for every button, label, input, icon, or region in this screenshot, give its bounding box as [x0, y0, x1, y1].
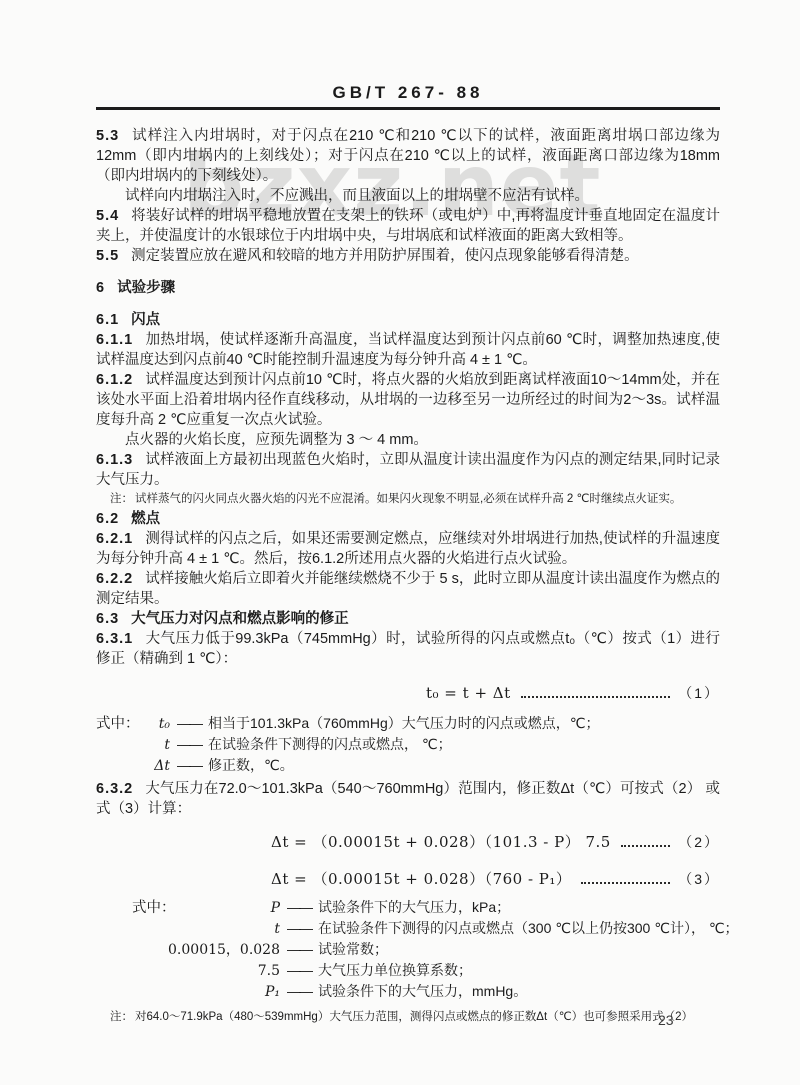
- clause-5-5: 5.5测定装置应放在避风和较暗的地方并用防护屏围着，使闪点现象能够看得清楚。: [96, 246, 720, 266]
- clause-text: 将装好试样的坩埚平稳地放置在支架上的铁环（或电炉）中,再将温度计垂直地固定在温度…: [96, 208, 720, 244]
- definition-dash: ——: [287, 981, 311, 1001]
- definition-row: 0.00015，0.028 —— 试验常数；: [96, 939, 720, 960]
- where-label: 式中：: [96, 714, 144, 734]
- formula-1: t₀ = t + Δt （1）: [426, 683, 720, 703]
- clause-text: 测定装置应放在避风和较暗的地方并用防护屏围着，使闪点现象能够看得清楚。: [131, 248, 639, 264]
- clause-number: 6.1.2: [96, 372, 133, 388]
- definition-term: t: [144, 735, 170, 755]
- dot-leader: [621, 845, 670, 847]
- note-text: 试样蒸气的闪火同点火器火焰的闪光不应混淆。如果闪火现象不明显,必须在试样升高 2…: [135, 493, 681, 505]
- clause-number: 5.5: [96, 248, 119, 264]
- clause-number: 6.3.2: [96, 781, 133, 797]
- clause-5-3: 5.3试样注入内坩埚时，对于闪点在210 ℃和210 ℃以下的试样，液面距离坩埚…: [96, 126, 720, 186]
- clause-5-4: 5.4将装好试样的坩埚平稳地放置在支架上的铁环（或电炉）中,再将温度计垂直地固定…: [96, 206, 720, 246]
- dot-leader: [581, 882, 670, 884]
- definition-term: 7.5: [158, 961, 280, 981]
- clause-6-2-1: 6.2.1测得试样的闪点之后，如果还需要测定燃点，应继续对外坩埚进行加热,使试样…: [96, 529, 720, 569]
- heading-text: 大气压力对闪点和燃点影响的修正: [131, 611, 349, 627]
- clause-text: 试样温度达到预计闪点前10 ℃时，将点火器的火焰放到距离试样液面10～14mm处…: [96, 372, 720, 428]
- definition-dash: ——: [177, 734, 201, 754]
- heading-text: 试验步骤: [117, 280, 175, 296]
- formula-number: （3）: [678, 869, 720, 889]
- clause-number: 5.3: [96, 128, 119, 144]
- definition-dash: ——: [287, 939, 311, 959]
- header-rule: [96, 107, 720, 110]
- paragraph-text: 点火器的火焰长度，应预先调整为 3 ～ 4 mm。: [125, 432, 428, 448]
- definition-desc: 大气压力单位换算系数；: [318, 960, 472, 980]
- clause-6-1-3: 6.1.3试样液面上方最初出现蓝色火焰时，立即从温度计读出温度作为闪点的测定结果…: [96, 450, 720, 490]
- clause-text: 测得试样的闪点之后，如果还需要测定燃点，应继续对外坩埚进行加热,使试样的升温速度…: [96, 531, 720, 567]
- formula-number: （2）: [678, 832, 720, 852]
- definition-term: P: [158, 898, 280, 918]
- document-page: bzxz.net GB/T 267- 88 5.3试样注入内坩埚时，对于闪点在2…: [0, 0, 800, 1085]
- definition-row: 式中： t₀ —— 相当于101.3kPa（760mmHg）大气压力时的闪点或燃…: [96, 713, 720, 734]
- where-block-2: 式中： P —— 试验条件下的大气压力，kPa； t —— 在试验条件下测得的闪…: [96, 897, 720, 1002]
- clause-6-1-2: 6.1.2试样温度达到预计闪点前10 ℃时，将点火器的火焰放到距离试样液面10～…: [96, 370, 720, 430]
- clause-6-2-2: 6.2.2试样接触火焰后立即着火并能继续燃烧不少于 5 s，此时立即从温度计读出…: [96, 569, 720, 609]
- clause-number: 5.4: [96, 208, 119, 224]
- clause-number: 6.2.1: [96, 531, 133, 547]
- heading-number: 6: [96, 280, 105, 296]
- paragraph-pouring: 试样向内坩埚注入时，不应溅出，而且液面以上的坩埚壁不应沾有试样。: [96, 186, 720, 206]
- heading-6-test-procedure: 6试验步骤: [96, 278, 720, 298]
- note-pressure-range: 注：对64.0～71.9kPa（480～539mmHg）大气压力范围，测得闪点或…: [96, 1008, 720, 1027]
- heading-text: 闪点: [131, 312, 160, 328]
- heading-number: 6.3: [96, 611, 119, 627]
- clause-text: 试样接触火焰后立即着火并能继续燃烧不少于 5 s，此时立即从温度计读出温度作为燃…: [96, 571, 720, 607]
- note-flash-confirmation: 注：试样蒸气的闪火同点火器火焰的闪光不应混淆。如果闪火现象不明显,必须在试样升高…: [96, 490, 720, 509]
- definition-term: P₁: [158, 982, 280, 1002]
- page-number: 23: [658, 1012, 674, 1028]
- definition-row: P₁ —— 试验条件下的大气压力，mmHg。: [96, 981, 720, 1002]
- definition-dash: ——: [287, 960, 311, 980]
- clause-text: 大气压力在72.0～101.3kPa（540～760mmHg）范围内，修正数Δt…: [96, 781, 720, 817]
- definition-desc: 相当于101.3kPa（760mmHg）大气压力时的闪点或燃点，℃；: [208, 713, 599, 733]
- clause-number: 6.1.1: [96, 332, 133, 348]
- definition-dash: ——: [177, 713, 201, 733]
- definition-term: t: [158, 919, 280, 939]
- standard-number-header: GB/T 267- 88: [96, 84, 720, 102]
- definition-desc: 在试验条件下测得的闪点或燃点， ℃；: [208, 734, 452, 754]
- formula-expression: Δt = （0.00015t + 0.028）（101.3 - P） 7.5: [271, 831, 611, 852]
- clause-text: 加热坩埚，使试样逐渐升高温度，当试样温度达到预计闪点前60 ℃时，调整加热速度,…: [96, 332, 720, 368]
- clause-text: 试样注入内坩埚时，对于闪点在210 ℃和210 ℃以下的试样，液面距离坩埚口部边…: [96, 128, 720, 184]
- clause-6-3-2: 6.3.2大气压力在72.0～101.3kPa（540～760mmHg）范围内，…: [96, 779, 720, 819]
- heading-text: 燃点: [131, 511, 160, 527]
- heading-number: 6.1: [96, 312, 119, 328]
- heading-6-1-flash-point: 6.1闪点: [96, 310, 720, 330]
- definition-desc: 试验条件下的大气压力，kPa；: [318, 897, 510, 917]
- heading-6-2-fire-point: 6.2燃点: [96, 509, 720, 529]
- clause-text: 试样液面上方最初出现蓝色火焰时，立即从温度计读出温度作为闪点的测定结果,同时记录…: [96, 452, 720, 488]
- definition-desc: 在试验条件下测得的闪点或燃点（300 ℃以上仍按300 ℃计）， ℃；: [318, 918, 739, 938]
- paragraph-text: 试样向内坩埚注入时，不应溅出，而且液面以上的坩埚壁不应沾有试样。: [125, 188, 589, 204]
- definition-desc: 试验常数；: [318, 939, 388, 959]
- definition-dash: ——: [287, 918, 311, 938]
- clause-6-1-1: 6.1.1加热坩埚，使试样逐渐升高温度，当试样温度达到预计闪点前60 ℃时，调整…: [96, 330, 720, 370]
- clause-text: 大气压力低于99.3kPa（745mmHg）时，试验所得的闪点或燃点t₀（℃）按…: [96, 631, 720, 667]
- heading-number: 6.2: [96, 511, 119, 527]
- note-label: 注：: [110, 493, 133, 505]
- formula-2: Δt = （0.00015t + 0.028）（101.3 - P） 7.5 （…: [271, 831, 720, 852]
- definition-row: 式中： P —— 试验条件下的大气压力，kPa；: [96, 897, 720, 918]
- definition-row: Δt —— 修正数，℃。: [96, 755, 720, 776]
- clause-6-3-1: 6.3.1大气压力低于99.3kPa（745mmHg）时，试验所得的闪点或燃点t…: [96, 629, 720, 669]
- definition-desc: 试验条件下的大气压力，mmHg。: [318, 981, 527, 1001]
- definition-term: t₀: [144, 714, 170, 734]
- heading-6-3-pressure-correction: 6.3大气压力对闪点和燃点影响的修正: [96, 609, 720, 629]
- dot-leader: [521, 696, 671, 698]
- note-text: 对64.0～71.9kPa（480～539mmHg）大气压力范围，测得闪点或燃点…: [135, 1011, 693, 1023]
- formula-number: （1）: [678, 683, 720, 703]
- definition-dash: ——: [287, 897, 311, 917]
- where-label: 式中：: [96, 898, 158, 918]
- note-label: 注：: [110, 1011, 133, 1023]
- definition-row: t —— 在试验条件下测得的闪点或燃点（300 ℃以上仍按300 ℃计）， ℃；: [96, 918, 720, 939]
- definition-row: 7.5 —— 大气压力单位换算系数；: [96, 960, 720, 981]
- clause-number: 6.2.2: [96, 571, 133, 587]
- page-content: GB/T 267- 88 5.3试样注入内坩埚时，对于闪点在210 ℃和210 …: [96, 0, 720, 1027]
- definition-term: 0.00015，0.028: [158, 940, 280, 960]
- where-block-1: 式中： t₀ —— 相当于101.3kPa（760mmHg）大气压力时的闪点或燃…: [96, 713, 720, 776]
- clause-number: 6.1.3: [96, 452, 133, 468]
- paragraph-flame-length: 点火器的火焰长度，应预先调整为 3 ～ 4 mm。: [96, 430, 720, 450]
- definition-term: Δt: [144, 756, 170, 776]
- formula-expression: Δt = （0.00015t + 0.028）（760 - P₁）: [271, 868, 571, 889]
- formula-3: Δt = （0.00015t + 0.028）（760 - P₁） （3）: [271, 868, 720, 889]
- definition-desc: 修正数，℃。: [208, 755, 294, 775]
- formula-expression: t₀ = t + Δt: [426, 684, 511, 702]
- definition-row: t —— 在试验条件下测得的闪点或燃点， ℃；: [96, 734, 720, 755]
- definition-dash: ——: [177, 755, 201, 775]
- clause-number: 6.3.1: [96, 631, 133, 647]
